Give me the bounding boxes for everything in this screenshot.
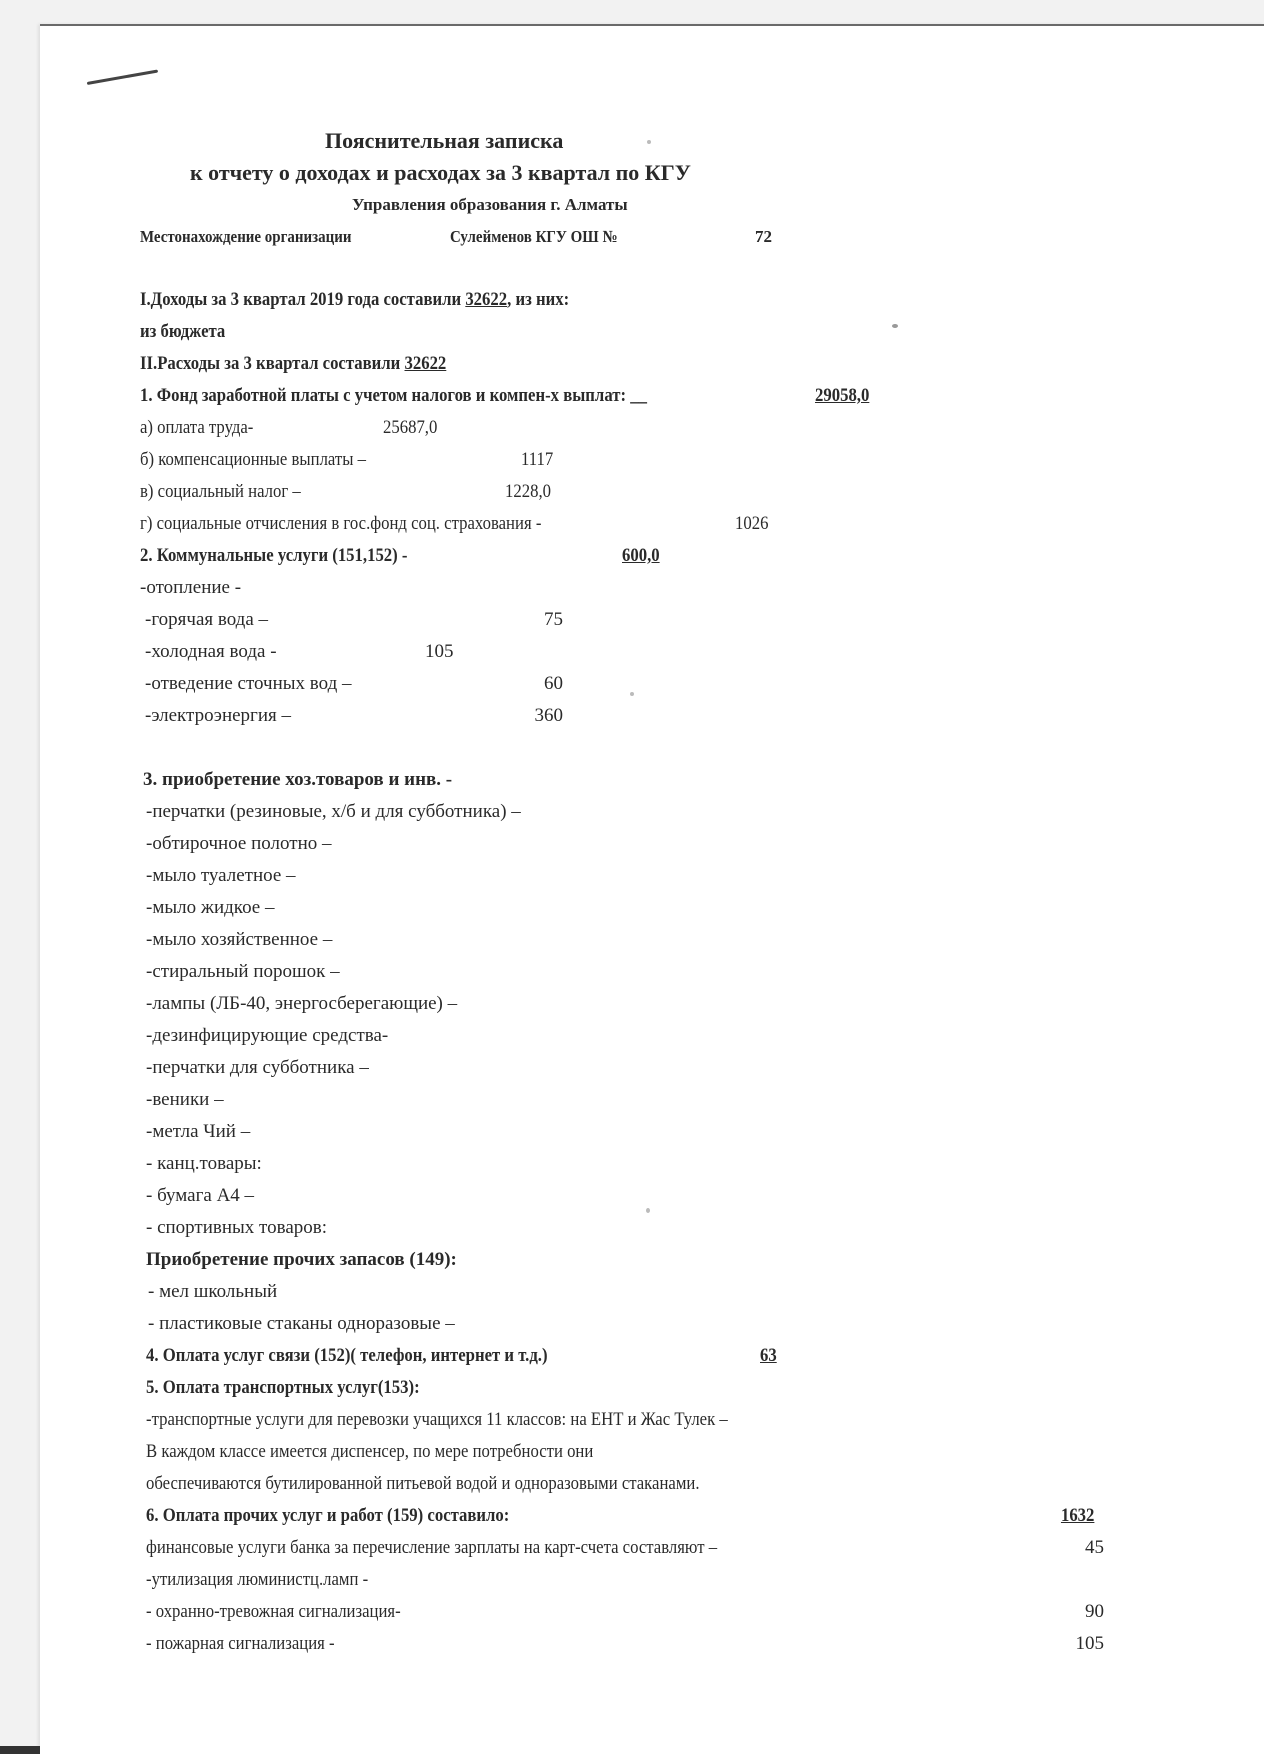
income-line: I.Доходы за 3 квартал 2019 года составил… bbox=[140, 289, 569, 311]
expenses-line: II.Расходы за 3 квартал составили 32622 bbox=[140, 353, 446, 375]
list-item: -метла Чий – bbox=[146, 1121, 250, 1143]
payroll-item-label: а) оплата труда- bbox=[140, 417, 253, 439]
department-name: Управления образования г. Алматы bbox=[352, 194, 628, 216]
list-item: -дезинфицирующие средства- bbox=[146, 1025, 388, 1047]
income-prefix: I.Доходы за 3 квартал 2019 года составил… bbox=[140, 289, 461, 310]
payroll-item-label: г) социальные отчисления в гос.фонд соц.… bbox=[140, 513, 541, 535]
other-services-item-label: - пожарная сигнализация - bbox=[146, 1633, 335, 1655]
utilities-label: 2. Коммунальные услуги (151,152) - bbox=[140, 545, 407, 567]
list-item: -стиральный порошок – bbox=[146, 961, 340, 983]
utilities-item-value: 360 bbox=[483, 705, 563, 727]
utilities-total: 600,0 bbox=[622, 545, 660, 567]
transport-label: 5. Оплата транспортных услуг(153): bbox=[146, 1377, 420, 1399]
list-item: -перчатки (резиновые, х/б и для субботни… bbox=[146, 801, 521, 823]
payroll-item-value: 25687,0 bbox=[383, 417, 437, 439]
list-item: - канц.товары: bbox=[146, 1153, 262, 1175]
payroll-total: 29058,0 bbox=[815, 385, 869, 407]
utilities-item-value: 105 bbox=[425, 641, 454, 663]
utilities-item-label: -холодная вода - bbox=[145, 641, 277, 663]
utilities-item-label: -отопление - bbox=[140, 577, 241, 599]
scan-speck bbox=[892, 324, 898, 328]
income-suffix: , из них: bbox=[507, 289, 569, 310]
list-item: - мел школьный bbox=[148, 1281, 277, 1303]
utilities-item-label: -электроэнергия – bbox=[145, 705, 291, 727]
scan-speck bbox=[630, 692, 634, 696]
expenses-total: 32622 bbox=[404, 353, 446, 374]
list-item: -мыло хозяйственное – bbox=[146, 929, 332, 951]
payroll-item-value: 1117 bbox=[521, 449, 553, 471]
transport-line: обеспечиваются бутилированной питьевой в… bbox=[146, 1473, 700, 1495]
utilities-item-value: 60 bbox=[483, 673, 563, 695]
list-item: -перчатки для субботника – bbox=[146, 1057, 369, 1079]
other-services-item-label: - охранно-тревожная сигнализация- bbox=[146, 1601, 401, 1623]
other-services-item-label: финансовые услуги банка за перечисление … bbox=[146, 1537, 717, 1559]
list-item: - бумага А4 – bbox=[146, 1185, 254, 1207]
scan-corner-mark bbox=[0, 1746, 40, 1754]
utilities-item-label: -горячая вода – bbox=[145, 609, 268, 631]
location-number: 72 bbox=[755, 226, 772, 248]
other-services-item-value: 105 bbox=[1024, 1633, 1104, 1655]
other-services-item-value: 90 bbox=[1024, 1601, 1104, 1623]
utilities-item-label: -отведение сточных вод – bbox=[145, 673, 352, 695]
payroll-label: 1. Фонд заработной платы с учетом налого… bbox=[140, 385, 647, 407]
other-services-total: 1632 bbox=[1024, 1505, 1094, 1527]
other-supplies-label: Приобретение прочих запасов (149): bbox=[146, 1249, 457, 1271]
other-services-label: 6. Оплата прочих услуг и работ (159) сос… bbox=[146, 1505, 509, 1527]
document-title: Пояснительная записка bbox=[325, 128, 563, 154]
scan-speck bbox=[646, 1208, 650, 1213]
payroll-item-label: в) социальный налог – bbox=[140, 481, 301, 503]
supplies-label: 3. приобретение хоз.товаров и инв. - bbox=[143, 769, 452, 791]
payroll-item-label: б) компенсационные выплаты – bbox=[140, 449, 366, 471]
expenses-label: II.Расходы за 3 квартал составили bbox=[140, 353, 400, 374]
communication-label: 4. Оплата услуг связи (152)( телефон, ин… bbox=[146, 1345, 548, 1367]
income-source: из бюджета bbox=[140, 321, 225, 343]
list-item: -обтирочное полотно – bbox=[146, 833, 331, 855]
document-subtitle: к отчету о доходах и расходах за 3 кварт… bbox=[190, 160, 691, 186]
other-services-item-label: -утилизация люминистц.ламп - bbox=[146, 1569, 368, 1591]
utilities-item-value: 75 bbox=[483, 609, 563, 631]
payroll-item-value: 1026 bbox=[735, 513, 768, 535]
list-item: -мыло жидкое – bbox=[146, 897, 275, 919]
list-item: -веники – bbox=[146, 1089, 224, 1111]
transport-line: В каждом классе имеется диспенсер, по ме… bbox=[146, 1441, 593, 1463]
list-item: - пластиковые стаканы одноразовые – bbox=[148, 1313, 455, 1335]
income-total: 32622 bbox=[465, 289, 507, 310]
list-item: - спортивных товаров: bbox=[146, 1217, 327, 1239]
transport-line: -транспортные услуги для перевозки учащи… bbox=[146, 1409, 728, 1431]
communication-total: 63 bbox=[760, 1345, 777, 1367]
list-item: -мыло туалетное – bbox=[146, 865, 296, 887]
location-value: Сулейменов КГУ ОШ № bbox=[450, 226, 618, 248]
list-item: -лампы (ЛБ-40, энергосберегающие) – bbox=[146, 993, 457, 1015]
other-services-item-value: 45 bbox=[1024, 1537, 1104, 1559]
scan-speck bbox=[647, 140, 651, 144]
payroll-item-value: 1228,0 bbox=[505, 481, 551, 503]
location-label: Местонахождение организации bbox=[140, 226, 351, 248]
